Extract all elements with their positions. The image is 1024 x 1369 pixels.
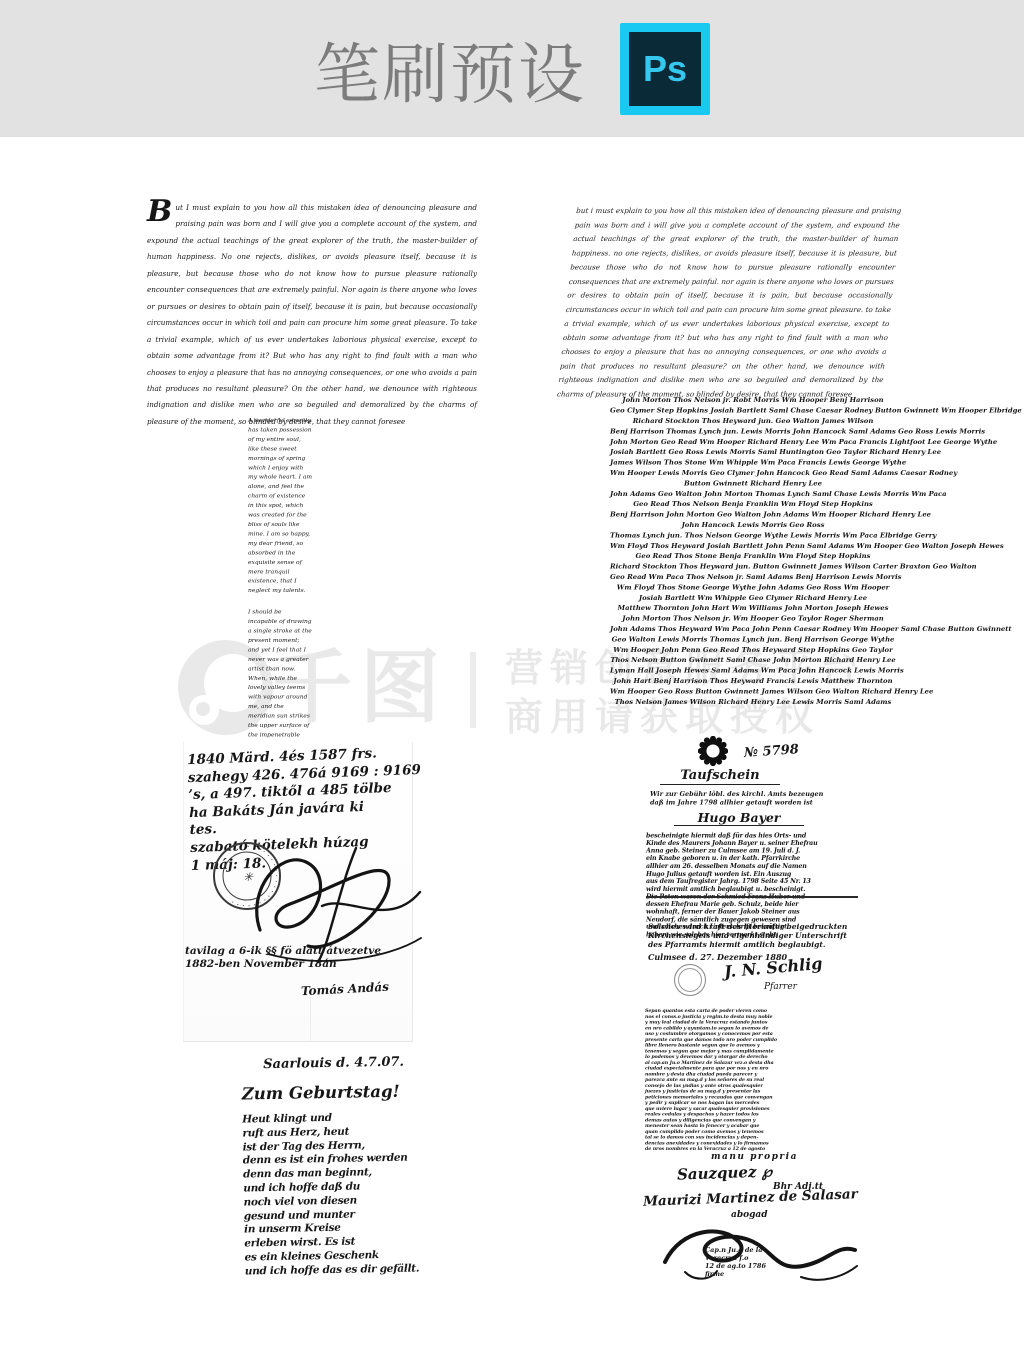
script-line: allhier am 26. desselben Monats auf die … bbox=[646, 862, 858, 870]
script-line: Anna geb. Steiner zu Culmsee am 19. Juli… bbox=[646, 847, 858, 855]
brush-preset-preview-page: 笔刷预设 Ps 千图 营销创意服务平台 商用请获取授权 But I must e… bbox=[0, 0, 1024, 1369]
brush-sample-cursive-paragraph: But I must explain to you how all this m… bbox=[147, 200, 477, 430]
script-line: bescheinigte hiermit daß für das hies Or… bbox=[646, 832, 858, 840]
script-line: daß im Jahre 1798 allhier getauft worden… bbox=[650, 798, 858, 806]
page-title: 笔刷预设 bbox=[314, 21, 586, 116]
brush-sample-hungarian-note: 1840 Märd. 4és 1587 frs.szahegy 426. 476… bbox=[183, 742, 413, 1042]
header-banner: 笔刷预设 Ps bbox=[0, 0, 1024, 137]
photoshop-logo-text: Ps bbox=[643, 48, 687, 90]
signature-row: John Hart Benj Harrison Thos Heyward Fra… bbox=[610, 676, 896, 686]
signature-row: Thos Nelson Button Gwinnett Saml Chase J… bbox=[610, 655, 896, 665]
script-line: Kinde des Maurers Johann Bayer u. seiner… bbox=[646, 840, 858, 848]
signature-row: Richard Stockton Thos Heyward jun. Butto… bbox=[610, 561, 896, 571]
signature-row: John Adams Geo Walton John Morton Thomas… bbox=[610, 489, 896, 499]
script-line: de nros nombres en la Veracruz a 12 de a… bbox=[645, 1146, 860, 1152]
signature-row: Matthew Thornton John Hart Wm Williams J… bbox=[610, 603, 896, 613]
parish-stamp-icon bbox=[674, 964, 706, 996]
signature-row: Josiah Bartlett Wm Whipple Geo Clymer Ri… bbox=[610, 593, 896, 603]
signature-row: John Morton Thos Nelson jr. Robt Morris … bbox=[610, 395, 896, 405]
script-line: ein Knabe geboren u. in der kath. Pfarrk… bbox=[646, 855, 858, 863]
certificate-number: № 5798 bbox=[744, 742, 800, 761]
manuscript-signature-main: Sauzquez ℘ bbox=[677, 1162, 773, 1183]
letter-heading: Zum Geburtstag! bbox=[242, 1082, 412, 1104]
signature-row: John Adams Thos Heyward Wm Paca John Pen… bbox=[610, 624, 896, 634]
rosette-seal-icon bbox=[698, 736, 728, 770]
signature-row: Geo Read Wm Paca Thos Nelson jr. Saml Ad… bbox=[610, 572, 896, 582]
manuscript-signature-role: abogad bbox=[731, 1210, 768, 1220]
hungarian-note-signature: Tomás Andás bbox=[301, 980, 390, 999]
paper-crease bbox=[310, 997, 311, 1042]
certificate-name: Hugo Bayer bbox=[674, 810, 804, 826]
hungarian-note-footer: tavilag a 6-ik §§ fö alatt átvezetve1882… bbox=[185, 945, 381, 971]
watermark-divider bbox=[470, 652, 476, 728]
signature-row: Thos Nelson James Wilson Richard Henry L… bbox=[610, 697, 896, 707]
script-line: firme bbox=[705, 1270, 766, 1278]
script-line: Cap.n Ju.o de la bbox=[705, 1246, 766, 1254]
signature-row: Richard Stockton Thos Heyward jun. Geo W… bbox=[610, 416, 896, 426]
signature-row: Wm Hooper John Penn Geo Read Thos Heywar… bbox=[610, 645, 896, 655]
signature-row: John Morton Thos Nelson jr. Wm Hooper Ge… bbox=[610, 613, 896, 623]
script-line: wohnhaft, ferner der Bauer Jakob Steiner… bbox=[646, 908, 858, 916]
signature-row: Benj Harrison Thomas Lynch jun. Lewis Mo… bbox=[610, 426, 896, 436]
signature-row: Thomas Lynch jun. Thos Nelson George Wyt… bbox=[610, 530, 896, 540]
script-line: wird hiermit amtlich beglaubigt u. besch… bbox=[646, 885, 858, 893]
manu-propria-mark: manu propria bbox=[711, 1152, 798, 1162]
certificate-title: Taufschein bbox=[660, 768, 780, 785]
script-line: Veracruz f.o bbox=[705, 1254, 766, 1262]
signature-row: Geo Clymer Step Hopkins Josiah Bartlett … bbox=[610, 405, 896, 415]
signature-row: Geo Read Thos Stone Benja Franklin Wm Fl… bbox=[610, 551, 896, 561]
pfarrer-role: Pfarrer bbox=[764, 982, 797, 992]
signature-row: Lyman Hall Joseph Hewes Saml Adams Wm Pa… bbox=[610, 665, 896, 675]
qiantu-logo-dot bbox=[196, 702, 210, 716]
signature-row: Josiah Bartlett Geo Ross Lewis Morris Sa… bbox=[610, 447, 896, 457]
script-line: Wir zur Gebühr löbl. des kirchl. Amts be… bbox=[650, 790, 858, 798]
script-line: 1882-ben November 18án bbox=[185, 958, 381, 971]
signature-row: Wm Hooper Lewis Morris Geo Clymer John H… bbox=[610, 468, 896, 478]
script-line: 12 de ag.to 1786 bbox=[705, 1262, 766, 1270]
signature-row: John Morton Geo Read Wm Hooper Richard H… bbox=[610, 437, 896, 447]
signature-row: Geo Walton Lewis Morris Thomas Lynch jun… bbox=[610, 634, 896, 644]
script-line: Hugo Julius getauft worden ist. Ein Ausz… bbox=[646, 870, 858, 878]
signature-row: James Wilson Thos Stone Wm Whipple Wm Pa… bbox=[610, 457, 896, 467]
script-line: tavilag a 6-ik §§ fö alatt átvezetve bbox=[185, 945, 381, 958]
drop-cap: B bbox=[147, 200, 172, 224]
script-line: Kirchensiegels und eigenhändiger Untersc… bbox=[648, 931, 858, 940]
narrow-column-paragraph: A wonderful serenity has taken possessio… bbox=[248, 416, 312, 596]
script-line: aus dem Taufregister Jahrg. 1798 Seite 4… bbox=[646, 878, 858, 886]
brush-sample-taufschein: № 5798 Taufschein Wir zur Gebühr löbl. d… bbox=[646, 736, 866, 998]
signature-row: John Hancock Lewis Morris Geo Ross bbox=[610, 520, 896, 530]
manuscript-signature-name: Maurizi Martinez de Salasar bbox=[643, 1186, 858, 1209]
letter-date: Saarlouis d. 4.7.07. bbox=[263, 1055, 411, 1073]
brush-sample-slanted-paragraph: but i must explain to you how all this m… bbox=[556, 204, 902, 401]
photoshop-logo-icon: Ps bbox=[620, 23, 710, 115]
certificate-closing: Solches wird kraft des hierunter beigedr… bbox=[648, 922, 858, 949]
script-line: dessen Ehefrau Marie geb. Schulz, beide … bbox=[646, 901, 858, 909]
manuscript-body: Sepan quantos esta carta de poder vieren… bbox=[645, 1008, 860, 1152]
signature-row: Button Gwinnett Richard Henry Lee bbox=[610, 478, 896, 488]
signature-row: Geo Read Thos Nelson Benja Franklin Wm F… bbox=[610, 499, 896, 509]
certificate-intro: Wir zur Gebühr löbl. des kirchl. Amts be… bbox=[650, 790, 858, 807]
signature-row: Wm Floyd Thos Stone George Wythe John Ad… bbox=[610, 582, 896, 592]
letter-body: Heut klingt undruft aus Herz, heutist de… bbox=[242, 1111, 415, 1280]
ink-strike-line bbox=[646, 896, 858, 898]
brush-sample-birthday-letter: Saarlouis d. 4.7.07. Zum Geburtstag! Heu… bbox=[241, 1055, 415, 1279]
script-line: Solches wird kraft des hierunter beigedr… bbox=[648, 922, 858, 931]
cursive-paragraph-text: ut I must explain to you how all this mi… bbox=[147, 203, 477, 426]
script-line: des Pfarramts hiermit amtlich beglaubigt… bbox=[648, 940, 858, 949]
signature-row: Wm Floyd Thos Heyward Josiah Bartlett Jo… bbox=[610, 541, 896, 551]
flourish-caption: Cap.n Ju.o de laVeracruz f.o12 de ag.to … bbox=[705, 1246, 766, 1278]
signature-row: Wm Hooper Geo Ross Button Gwinnett James… bbox=[610, 686, 896, 696]
brush-sample-signatures-block: John Morton Thos Nelson jr. Robt Morris … bbox=[610, 395, 896, 707]
signature-row: Benj Harrison John Morton Geo Walton Joh… bbox=[610, 509, 896, 519]
script-line: und ich hoffe das es dir gefällt. bbox=[245, 1262, 415, 1279]
